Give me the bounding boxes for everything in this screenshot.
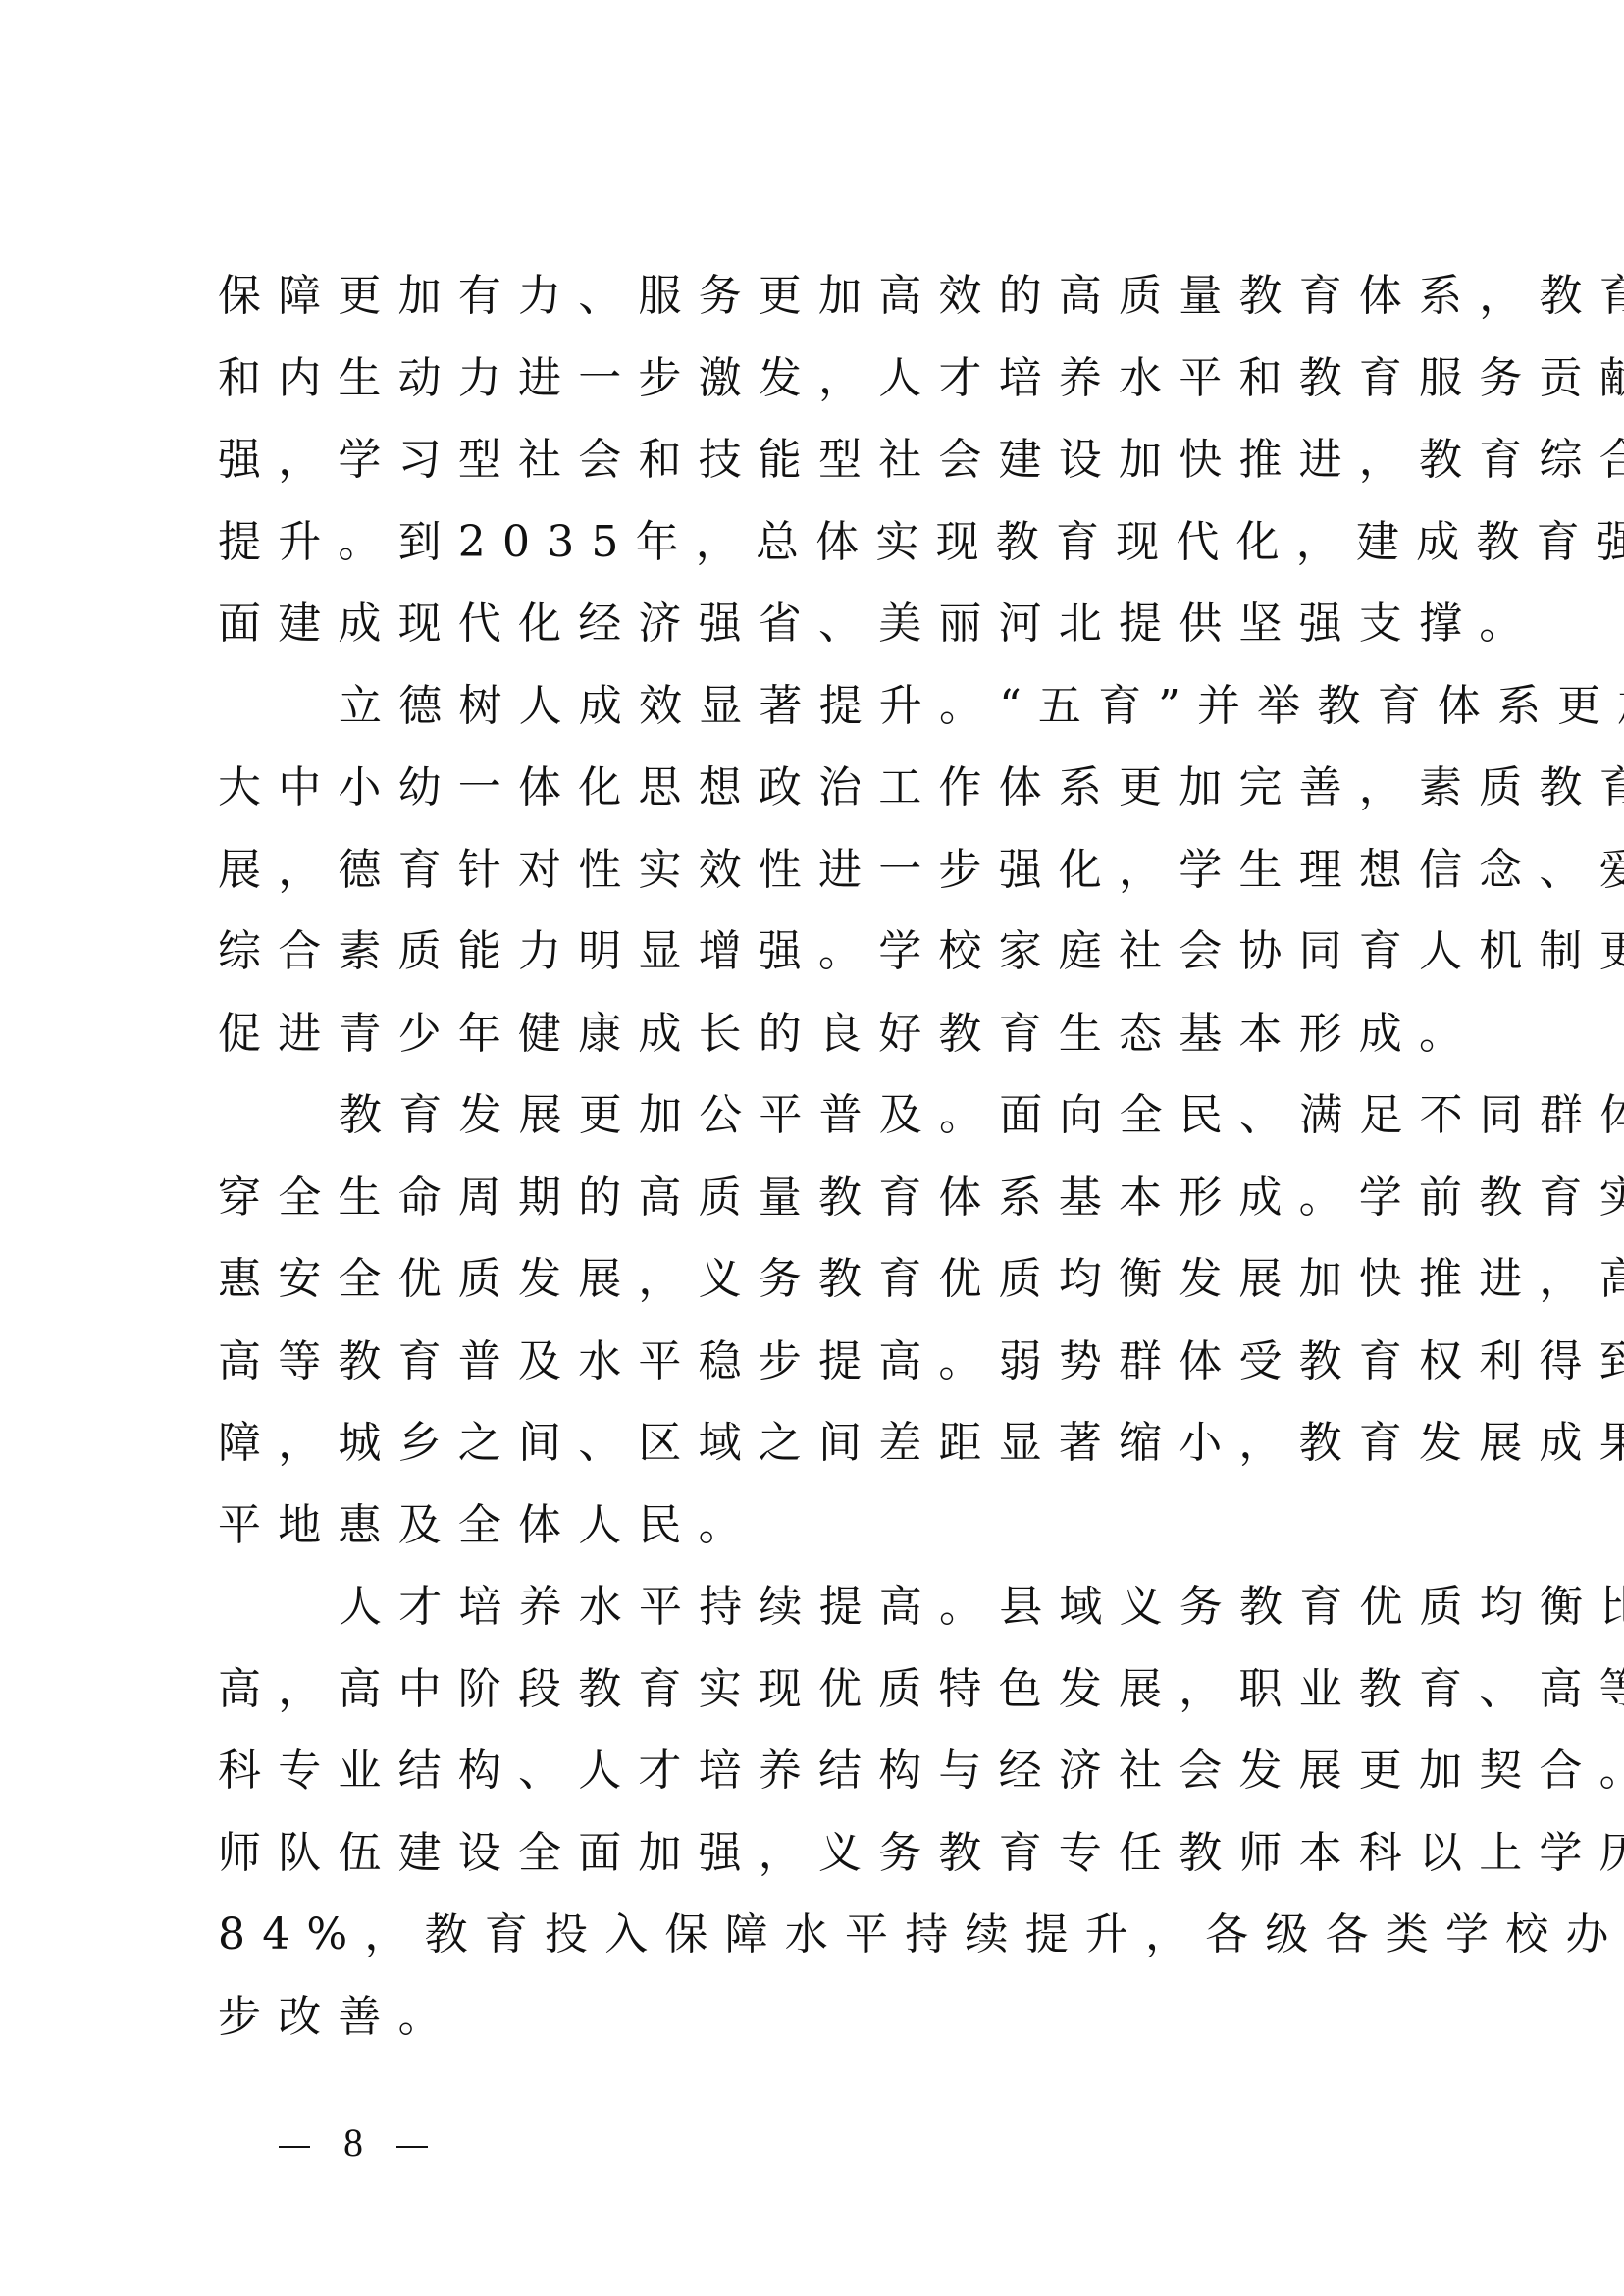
document-page: 保障更加有力、服务更加高效的高质量教育体系，教育发展活力 和内生动力进一步激发，… <box>0 0 1624 2296</box>
text-line: 障，城乡之间、区域之间差距显著缩小，教育发展成果更多更公 <box>218 1414 1426 1496</box>
text-line: 步改善。 <box>218 1988 1426 2070</box>
text-line: 综合素质能力明显增强。学校家庭社会协同育人机制更加完备， <box>218 922 1426 1005</box>
body-text: 保障更加有力、服务更加高效的高质量教育体系，教育发展活力 和内生动力进一步激发，… <box>218 267 1435 2069</box>
page-number: 8 <box>245 2119 461 2166</box>
text-line: 提升。到2035年，总体实现教育现代化，建成教育强省，为全 <box>218 513 1426 596</box>
page-number-dash-right <box>396 2146 428 2148</box>
text-line: 强，学习型社会和技能型社会建设加快推进，教育综合实力全面 <box>218 431 1426 513</box>
paragraph-first-line: 立德树人成效显著提升。“五育”并举教育体系更加健全， <box>218 677 1426 759</box>
page-number-dash-left <box>279 2146 310 2148</box>
text-line: 面建成现代化经济强省、美丽河北提供坚强支撑。 <box>218 595 1426 677</box>
text-line: 高等教育普及水平稳步提高。弱势群体受教育权利得到更好保 <box>218 1332 1426 1415</box>
paragraph-first-line: 教育发展更加公平普及。面向全民、满足不同群体需求、贯 <box>218 1086 1426 1169</box>
paragraph-first-line: 人才培养水平持续提高。县域义务教育优质均衡比例逐步提 <box>218 1578 1426 1660</box>
text-line: 84%，教育投入保障水平持续提升，各级各类学校办学条件进一 <box>218 1905 1426 1988</box>
text-line: 师队伍建设全面加强，义务教育专任教师本科以上学历比例达到 <box>218 1824 1426 1906</box>
text-line: 高，高中阶段教育实现优质特色发展，职业教育、高等教育的学 <box>218 1660 1426 1743</box>
text-line: 大中小幼一体化思想政治工作体系更加完善，素质教育全面发 <box>218 758 1426 841</box>
text-line: 和内生动力进一步激发，人才培养水平和教育服务贡献力显著增 <box>218 349 1426 432</box>
text-line: 展，德育针对性实效性进一步强化，学生理想信念、爱国情怀和 <box>218 841 1426 923</box>
text-line: 惠安全优质发展，义务教育优质均衡发展加快推进，高中阶段和 <box>218 1250 1426 1332</box>
text-line: 促进青少年健康成长的良好教育生态基本形成。 <box>218 1005 1426 1087</box>
text-line: 平地惠及全体人民。 <box>218 1496 1426 1579</box>
text-line: 穿全生命周期的高质量教育体系基本形成。学前教育实现普及普 <box>218 1169 1426 1251</box>
page-number-value: 8 <box>343 2120 363 2165</box>
text-line: 保障更加有力、服务更加高效的高质量教育体系，教育发展活力 <box>218 267 1426 349</box>
text-line: 科专业结构、人才培养结构与经济社会发展更加契合。新时代教 <box>218 1742 1426 1824</box>
